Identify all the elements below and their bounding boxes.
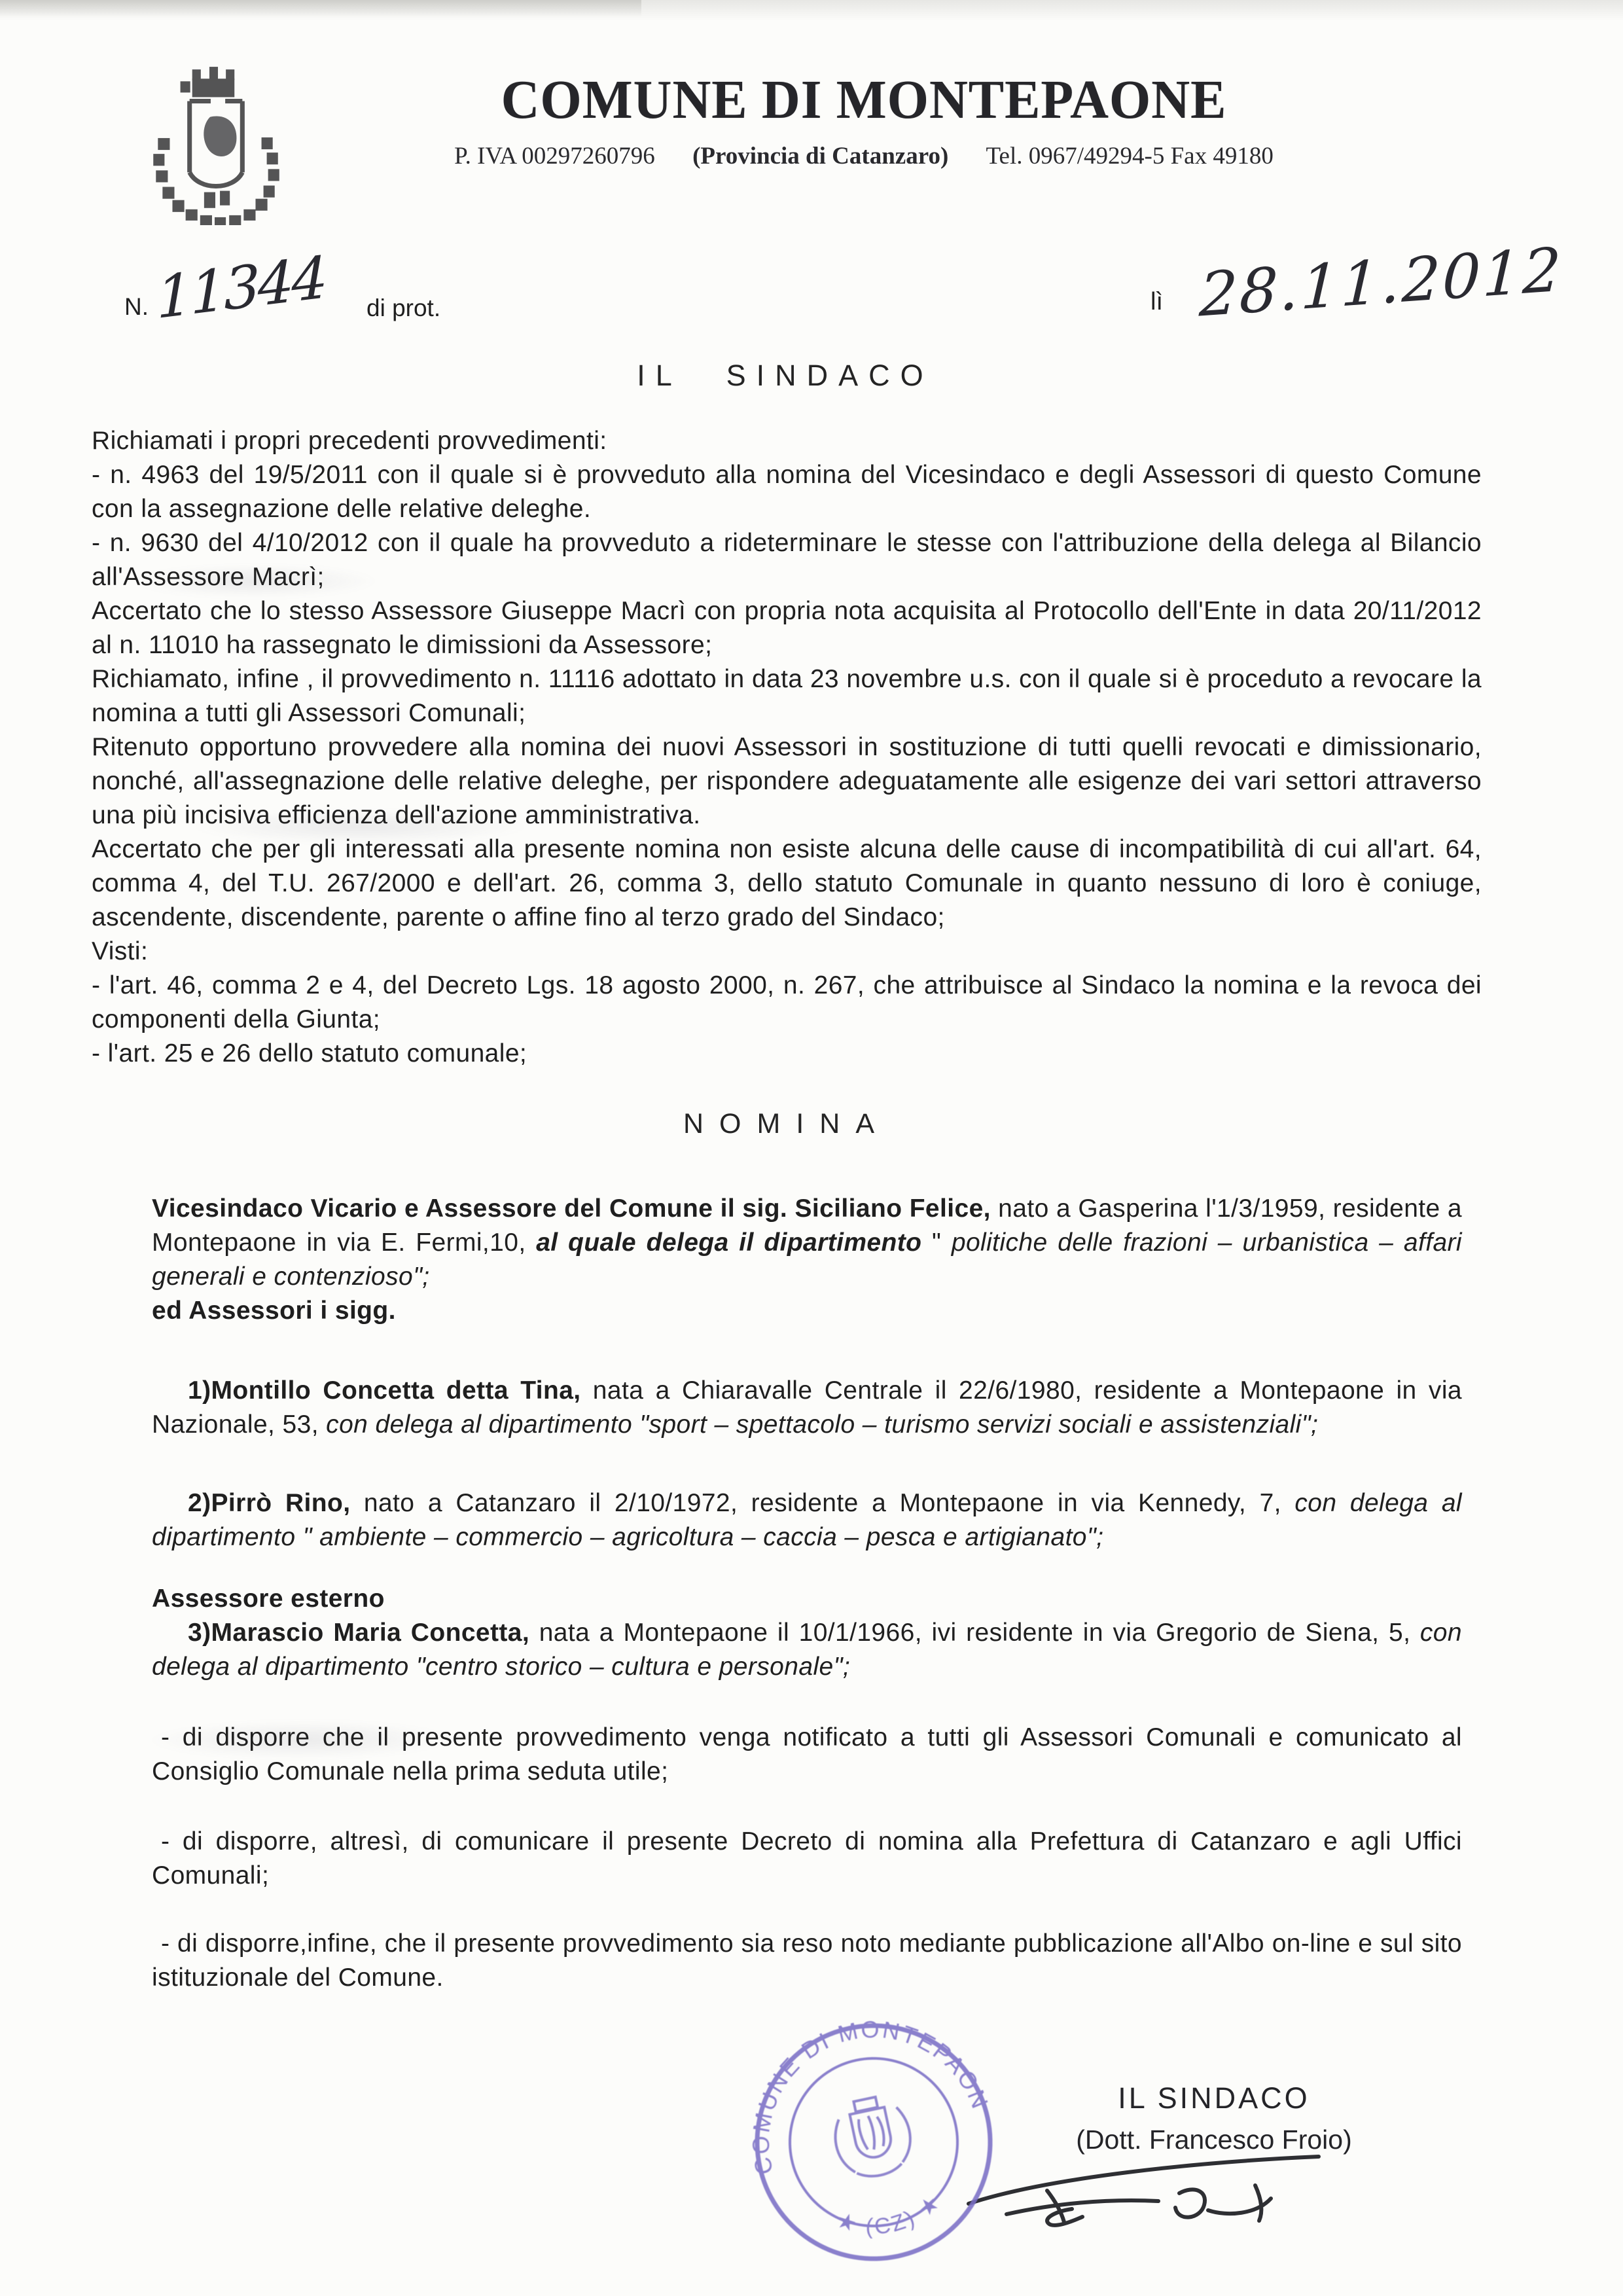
premise-item: Ritenuto opportuno provvedere alla nomin… [92, 730, 1482, 833]
nomina-heading: NOMINA [92, 1107, 1482, 1141]
vicesindaco-appointment: Vicesindaco Vicario e Assessore del Comu… [152, 1192, 1462, 1294]
nomina-section: Vicesindaco Vicario e Assessore del Comu… [152, 1192, 1462, 1995]
letterhead: COMUNE DI MONTEPAONE P. IVA 00297260796 … [236, 68, 1492, 170]
date-handwritten: 28.11.2012 [1198, 234, 1564, 330]
document-title: IL SINDACO [92, 359, 1479, 393]
phone-fax: Tel. 0967/49294-5 Fax 49180 [986, 142, 1274, 170]
assessore-1: 1)Montillo Concetta detta Tina, nata a C… [152, 1374, 1462, 1442]
round-municipal-stamp-icon: COMUNE DI MONTEPAONE ★ (CZ) ★ [722, 1991, 1026, 2294]
svg-text:★ (CZ) ★: ★ (CZ) ★ [829, 2186, 951, 2250]
assessore-esterno-label: Assessore esterno [152, 1582, 1462, 1616]
protocol-n-label: N. [124, 293, 149, 321]
vat-number: P. IVA 00297260796 [454, 142, 655, 170]
crest-shield-charge [204, 117, 236, 156]
signer-role: IL SINDACO [1018, 2081, 1410, 2115]
disposition-1: - di disporre che il presente provvedime… [152, 1721, 1462, 1789]
premise-item: Accertato che lo stesso Assessore Giusep… [92, 594, 1482, 662]
letterhead-details: P. IVA 00297260796 (Provincia di Catanza… [236, 142, 1492, 170]
stamp-bottom-text: ★ (CZ) ★ [829, 2186, 951, 2250]
assessori-lead: ed Assessori i sigg. [152, 1294, 1462, 1328]
province-label: (Provincia di Catanzaro) [692, 142, 948, 170]
premise-item: Accertato che per gli interessati alla p… [92, 833, 1482, 935]
protocol-number-handwritten: 11344 [156, 243, 326, 332]
disposition-3: - di disporre,infine, che il presente pr… [152, 1927, 1462, 1995]
scanned-decree-page: COMUNE DI MONTEPAONE P. IVA 00297260796 … [0, 0, 1623, 2296]
premise-item: - n. 9630 del 4/10/2012 con il quale ha … [92, 526, 1482, 594]
protocol-di-prot-label: di prot. [366, 295, 440, 322]
premise-item: - l'art. 25 e 26 dello statuto comunale; [92, 1037, 1482, 1071]
assessore-2: 2)Pirrò Rino, nato a Catanzaro il 2/10/1… [152, 1486, 1462, 1554]
municipality-title: COMUNE DI MONTEPAONE [255, 68, 1473, 132]
premise-item: - n. 4963 del 19/5/2011 con il quale si … [92, 458, 1482, 526]
premises-section: Richiamati i propri precedenti provvedim… [92, 424, 1482, 1071]
document-body: Richiamati i propri precedenti provvedim… [92, 424, 1482, 1995]
premise-item: Richiamato, infine , il provvedimento n.… [92, 662, 1482, 730]
disposition-2: - di disporre, altresì, di comunicare il… [152, 1825, 1462, 1893]
scan-edge-artifact [0, 0, 641, 17]
date-li-label: lì [1150, 288, 1163, 316]
assessore-3: 3)Marascio Maria Concetta, nata a Montep… [152, 1616, 1462, 1684]
premise-item: - l'art. 46, comma 2 e 4, del Decreto Lg… [92, 969, 1482, 1037]
premise-visti: Visti: [92, 935, 1482, 969]
premise-intro: Richiamati i propri precedenti provvedim… [92, 424, 1482, 458]
